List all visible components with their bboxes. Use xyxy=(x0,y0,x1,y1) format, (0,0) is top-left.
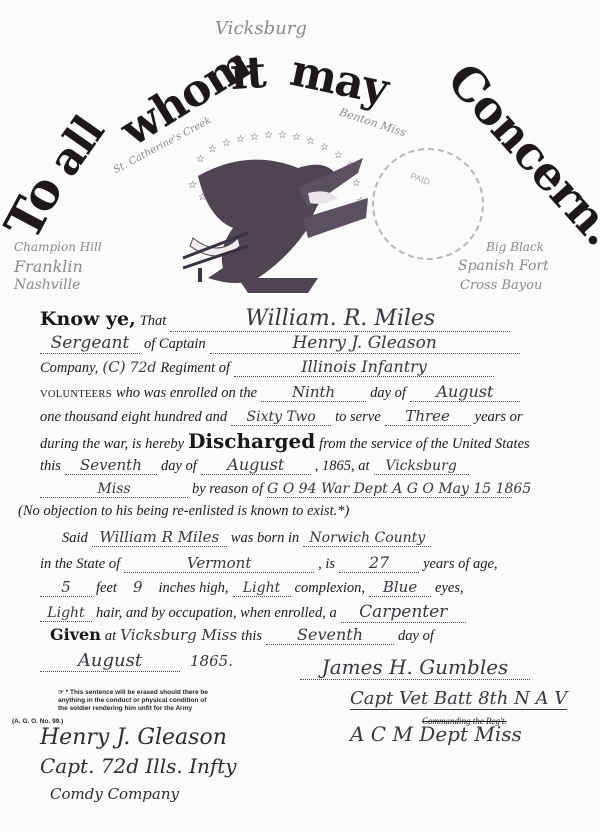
label-year-prefix: one thousand eight hundred and xyxy=(40,409,227,425)
field-given-place: Vicksburg Miss xyxy=(120,626,237,644)
row-state-age: in the State of Vermont , is 27 years of… xyxy=(40,553,498,573)
commander-title: Capt Vet Batt 8th N A V xyxy=(350,688,567,710)
title-word-it: it xyxy=(228,47,267,100)
captain-signature-name: Henry J. Gleason xyxy=(40,724,237,752)
svg-text:☆: ☆ xyxy=(222,138,231,149)
label-is: , is xyxy=(318,556,335,572)
commander-signature: James H. Gumbles xyxy=(300,655,530,680)
label-inches: inches high, xyxy=(158,580,228,596)
footnote-text: * This sentence will be erased should th… xyxy=(58,689,208,712)
title-word-to: To xyxy=(0,166,74,249)
svg-text:☆: ☆ xyxy=(236,134,245,145)
know-ye-heading: Know ye, xyxy=(40,308,136,330)
label-to-serve: to serve xyxy=(335,409,381,425)
svg-text:☆: ☆ xyxy=(188,180,197,191)
field-discharge-place: Vicksburg xyxy=(374,458,469,475)
pencil-notes-left: Champion Hill Franklin Nashville xyxy=(14,238,102,295)
label-during-war: during the war, is hereby xyxy=(40,436,184,452)
captain-signature-company: Comdy Company xyxy=(50,780,237,808)
row-know-ye: Know ye, That William. R. Miles xyxy=(40,306,510,332)
field-regiment-number: 72d xyxy=(130,360,157,376)
field-company: (C) xyxy=(102,358,125,376)
discharged-heading: Discharged xyxy=(188,429,315,453)
field-given-month: August xyxy=(40,650,180,672)
label-regiment: Regiment of xyxy=(160,360,230,376)
label-complexion: complexion, xyxy=(295,580,365,596)
svg-text:☆: ☆ xyxy=(278,130,287,141)
label-this: this xyxy=(40,458,61,474)
field-said-name: William R Miles xyxy=(92,528,227,547)
svg-text:☆: ☆ xyxy=(292,132,301,143)
svg-text:☆: ☆ xyxy=(208,144,217,155)
row-company: Company, (C) 72d Regiment of Illinois In… xyxy=(40,357,494,377)
field-enrolled-year: Sixty Two xyxy=(231,409,331,426)
row-reason: Miss by reason of G O 94 War Dept A G O … xyxy=(40,480,512,498)
row-birth: Said William R Miles was born in Norwich… xyxy=(62,528,431,547)
field-occupation: Carpenter xyxy=(341,602,466,623)
given-heading: Given xyxy=(50,625,101,644)
footnote: ☞ * This sentence will be erased should … xyxy=(58,689,213,713)
svg-text:☆: ☆ xyxy=(334,150,343,161)
field-regiment: Illinois Infantry xyxy=(234,357,494,377)
field-rank: Sergeant xyxy=(40,333,140,354)
label-that: That xyxy=(140,313,167,329)
title-word-may: may xyxy=(286,45,392,115)
field-complexion: Light xyxy=(233,580,291,597)
pencil-note-vicksburg: Vicksburg xyxy=(215,18,307,39)
label-years-of-age: years of age, xyxy=(423,556,498,572)
captain-signature-title: Capt. 72d Ills. Infty xyxy=(40,752,237,780)
label-feet: feet xyxy=(96,580,117,596)
pencil-note-big-black: Big Black xyxy=(486,238,549,257)
label-said: Said xyxy=(62,530,88,546)
row-year-served: one thousand eight hundred and Sixty Two… xyxy=(40,407,523,426)
pencil-notes-right: Big Black Spanish Fort Cross Bayou xyxy=(466,238,549,295)
field-birth-county: Norwich County xyxy=(303,530,431,547)
row-discharged: during the war, is hereby Discharged fro… xyxy=(40,429,530,453)
eagle-flags-emblem-icon: ☆☆☆☆ ☆☆☆☆ ☆☆☆☆ ☆☆☆☆ ☆☆ xyxy=(178,128,378,298)
label-by-reason: by reason of xyxy=(192,481,263,497)
field-discharge-day: Seventh xyxy=(65,456,157,475)
label-eyes: eyes, xyxy=(435,580,464,596)
field-soldier-name: William. R. Miles xyxy=(170,306,510,332)
label-from-service: from the service of the United States xyxy=(319,436,529,452)
field-state: Vermont xyxy=(124,554,314,573)
row-given-date: August 1865. xyxy=(40,650,233,672)
commander-department: A C M Dept Miss xyxy=(350,722,522,746)
field-hair: Light xyxy=(40,605,92,622)
row-enrolled: VOLUNTEERS who was enrolled on the Ninth… xyxy=(40,382,520,402)
field-feet: 5 xyxy=(40,578,92,597)
field-inches: 9 xyxy=(133,578,143,596)
pencil-note-franklin: Franklin xyxy=(14,257,102,276)
field-age: 27 xyxy=(339,553,419,573)
row-rank: Sergeant of Captain Henry J. Gleason xyxy=(40,333,520,354)
field-discharge-month: August xyxy=(201,455,311,475)
row-occupation: Light hair, and by occupation, when enro… xyxy=(40,602,466,623)
label-discharge-year: , 1865, at xyxy=(315,458,370,474)
label-this-2: this xyxy=(241,628,262,644)
row-discharge-date: this Seventh day of August , 1865, at Vi… xyxy=(40,455,469,475)
pencil-note-spanish-fort: Spanish Fort xyxy=(458,257,549,276)
pencil-note-nashville: Nashville xyxy=(14,276,102,295)
no-objection-clause: (No objection to his being re-enlisted i… xyxy=(18,503,349,520)
field-given-year: 1865. xyxy=(190,652,233,670)
pencil-note-champion-hill: Champion Hill xyxy=(14,238,102,257)
title-word-all: all xyxy=(39,108,115,186)
field-reason: G O 94 War Dept A G O May 15 1865 xyxy=(267,481,512,498)
label-day-of-3: day of xyxy=(398,628,434,644)
row-physical: 5 feet 9 inches high, Light complexion, … xyxy=(40,578,464,597)
label-born-in: was born in xyxy=(231,530,300,546)
pencil-note-cross-bayou: Cross Bayou xyxy=(460,276,549,295)
row-given: Given at Vicksburg Miss this Seventh day… xyxy=(50,625,434,645)
label-years-or: years or xyxy=(475,409,523,425)
svg-text:☆: ☆ xyxy=(352,178,361,189)
svg-text:☆: ☆ xyxy=(306,136,315,147)
label-day-of: day of xyxy=(370,385,406,401)
stamp-text: PAID xyxy=(409,171,432,187)
field-discharge-place-2: Miss xyxy=(40,481,188,498)
label-hair-occupation: hair, and by occupation, when enrolled, … xyxy=(96,605,337,621)
svg-text:☆: ☆ xyxy=(320,142,329,153)
pointing-hand-icon: ☞ xyxy=(58,689,64,696)
svg-text:☆: ☆ xyxy=(250,132,259,143)
captain-signature: Henry J. Gleason Capt. 72d Ills. Infty C… xyxy=(40,724,237,808)
label-in-state: in the State of xyxy=(40,556,120,572)
field-enrolled-day: Ninth xyxy=(261,383,366,402)
svg-text:☆: ☆ xyxy=(264,130,273,141)
svg-text:☆: ☆ xyxy=(196,154,205,165)
label-company: Company, xyxy=(40,360,98,376)
field-enrolled-month: August xyxy=(410,382,520,402)
label-enrolled: who was enrolled on the xyxy=(116,385,257,401)
label-at: at xyxy=(105,628,116,644)
label-day-of-2: day of xyxy=(161,458,197,474)
field-given-day: Seventh xyxy=(266,625,394,645)
label-volunteers: VOLUNTEERS xyxy=(40,389,112,400)
label-of-captain: of Captain xyxy=(144,336,206,352)
field-service-years: Three xyxy=(385,407,471,426)
field-captain-name: Henry J. Gleason xyxy=(210,333,520,354)
field-eyes: Blue xyxy=(369,578,431,597)
